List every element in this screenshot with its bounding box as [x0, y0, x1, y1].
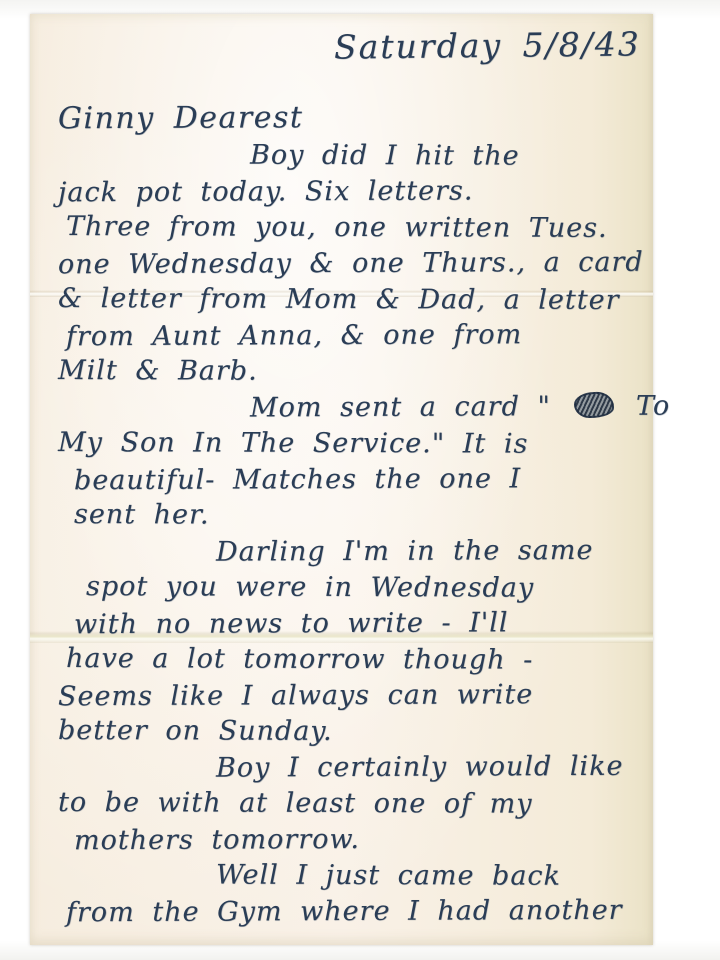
letter-line: from the Gym where I had another	[58, 893, 646, 932]
letter-line: spot you were in Wednesday	[58, 569, 646, 607]
letter-line: one Wednesday & one Thurs., a card	[58, 245, 646, 284]
letter-line: have a lot tomorrow though -	[58, 641, 646, 679]
letter-line: from Aunt Anna, & one from	[58, 317, 646, 356]
letter-line: Boy did I hit the	[58, 137, 646, 175]
letter-line: to be with at least one of my	[58, 785, 646, 823]
card-line-text-before: Mom sent a card "	[250, 391, 569, 423]
letter-line: Three from you, one written Tues.	[58, 209, 646, 247]
letter-line: with no news to write - I'll	[58, 605, 646, 644]
letter-line: sent her.	[58, 497, 646, 535]
letter-line: Seems like I always can write	[58, 677, 646, 716]
letter-line: & letter from Mom & Dad, a letter	[58, 281, 646, 319]
letter-line-with-scribble: Mom sent a card " To	[58, 389, 646, 428]
card-line-text-after: To	[618, 391, 670, 422]
letter-line: mothers tomorrow.	[58, 821, 646, 860]
letter-line: jack pot today. Six letters.	[58, 173, 646, 212]
letter-paper: Saturday 5/8/43 Ginny Dearest Boy did I …	[30, 14, 653, 945]
scanner-background: Saturday 5/8/43 Ginny Dearest Boy did I …	[0, 0, 720, 960]
scribbled-out-word-ink-blob	[574, 391, 614, 417]
letter-line: better on Sunday.	[58, 713, 646, 751]
letter-salutation: Ginny Dearest	[58, 97, 646, 140]
letter-date: Saturday 5/8/43	[334, 24, 641, 66]
letter-line: Well I just came back	[58, 857, 646, 895]
letter-line: My Son In The Service." It is	[58, 425, 646, 463]
letter-line: beautiful- Matches the one I	[58, 461, 646, 500]
letter-body: Ginny Dearest Boy did I hit the jack pot…	[58, 98, 646, 930]
letter-line: Darling I'm in the same	[58, 533, 646, 572]
letter-line: Boy I certainly would like	[58, 749, 646, 788]
letter-line: Milt & Barb.	[58, 353, 646, 391]
